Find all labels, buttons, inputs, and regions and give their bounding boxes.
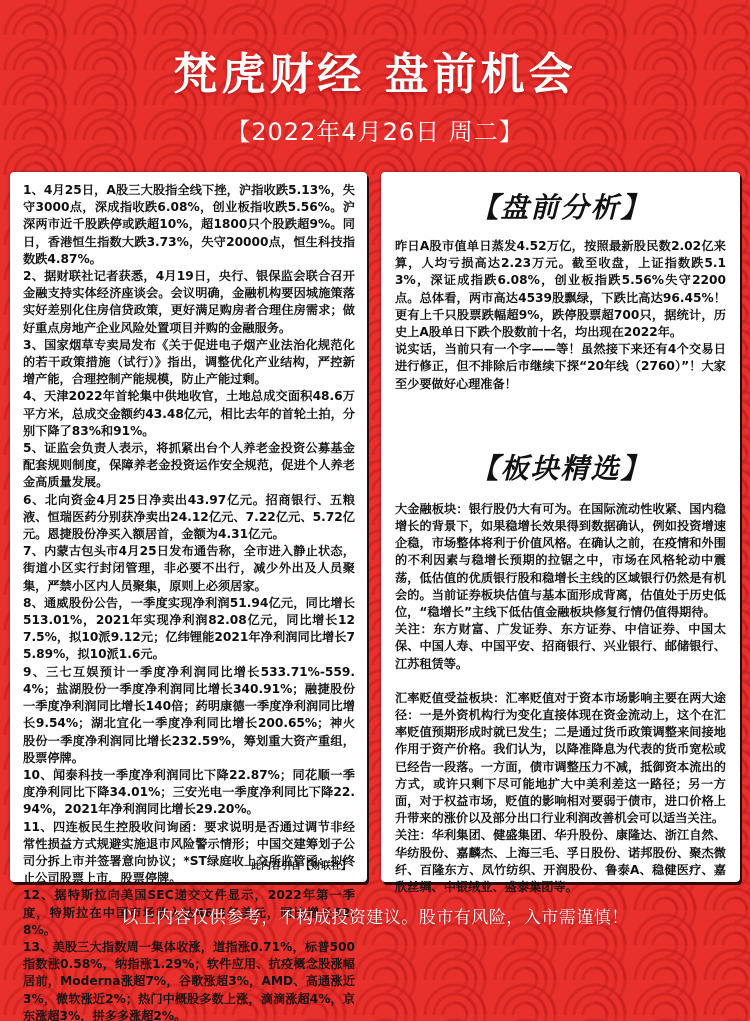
news-item: 11、四连板民生控股收问询函：要求说明是否通过调节非经常性损益方式规避实施退市风… [23, 819, 355, 888]
news-item: 3、国家烟草专卖局发布《关于促进电子烟产业法治化规范化的若干政策措施（试行）》指… [23, 337, 355, 389]
sector-block-finance: 大金融板块：银行股仍大有可为。在国际流动性收紧、国内稳增长的背景下，如果稳增长效… [395, 501, 726, 673]
sector-focus: 关注：华利集团、健盛集团、华升股份、康隆达、浙江自然、华纺股份、嘉麟杰、上海三毛… [395, 827, 726, 896]
news-item: 5、证监会负责人表示，将抓紧出台个人养老金投资公募基金配套规则制度，保障养老金投… [23, 440, 355, 492]
sector-focus: 关注：东方财富、广发证券、东方证券、中信证券、中国太保、中国人寿、中国平安、招商… [395, 621, 726, 673]
news-item: 10、闻泰科技一季度净利润同比下降22.87%；同花顺一季度净利同比下降34.0… [23, 767, 355, 819]
analysis-paragraph: 昨日A股市值单日蒸发4.52万亿，按照最新股民数2.02亿来算，人均亏损高达2.… [395, 238, 726, 341]
analysis-heading: 【盘前分析】 [395, 186, 726, 226]
sector-block-fx: 汇率贬值受益板块：汇率贬值对于资本市场影响主要在两大途径：一是外资机构行为变化直… [395, 690, 726, 896]
news-panel: 1、4月25日，A股三大股指全线下挫，沪指收跌5.13%，失守3000点，深成指… [10, 172, 367, 882]
news-item: 7、内蒙古包头市4月25日发布通告称，全市进入静止状态，街道小区实行封闭管理，非… [23, 543, 355, 595]
analysis-paragraph: 说实话，当前只有一个字——等！虽然接下来还有4个交易日进行修正，但不排除后市继续… [395, 341, 726, 393]
news-item: 4、天津2022年首轮集中供地收官，土地总成交面积48.6万平方米，总成交金额约… [23, 388, 355, 440]
disclaimer: 以上内容仅供参考，不构成投资建议。股市有风险，入市需谨慎！ [0, 903, 750, 928]
date-line: 【2022年4月26日 周二】 [0, 112, 750, 147]
news-item: 6、北向资金4月25日净卖出43.97亿元。招商银行、五粮液、恒瑞医药分别获净卖… [23, 492, 355, 544]
sector-body: 大金融板块：银行股仍大有可为。在国际流动性收紧、国内稳增长的背景下，如果稳增长效… [395, 501, 726, 621]
sectors-heading: 【板块精选】 [395, 447, 726, 487]
sector-body: 汇率贬值受益板块：汇率贬值对于资本市场影响主要在两大途径：一是外资机构行为变化直… [395, 690, 726, 828]
analysis-panel: 【盘前分析】 昨日A股市值单日蒸发4.52万亿，按照最新股民数2.02亿来算，人… [381, 172, 740, 882]
news-item: 9、三七互娱预计一季度净利润同比增长533.71%-559.4%；盐湖股份一季度… [23, 664, 355, 767]
news-item: 2、据财联社记者获悉，4月19日，央行、银保监会联合召开金融支持实体经济座谈会。… [23, 268, 355, 337]
news-item: 8、通威股份公告，一季度实现净利润51.94亿元，同比增长513.01%，202… [23, 595, 355, 664]
news-item: 13、美股三大指数周一集体收涨，道指涨0.71%，标普500指数涨0.58%，纳… [23, 939, 355, 1021]
source-note: 此内容引自【财联社】 [251, 857, 351, 872]
news-item: 1、4月25日，A股三大股指全线下挫，沪指收跌5.13%，失守3000点，深成指… [23, 182, 355, 268]
page-title: 梵虎财经 盘前机会 [0, 38, 750, 102]
